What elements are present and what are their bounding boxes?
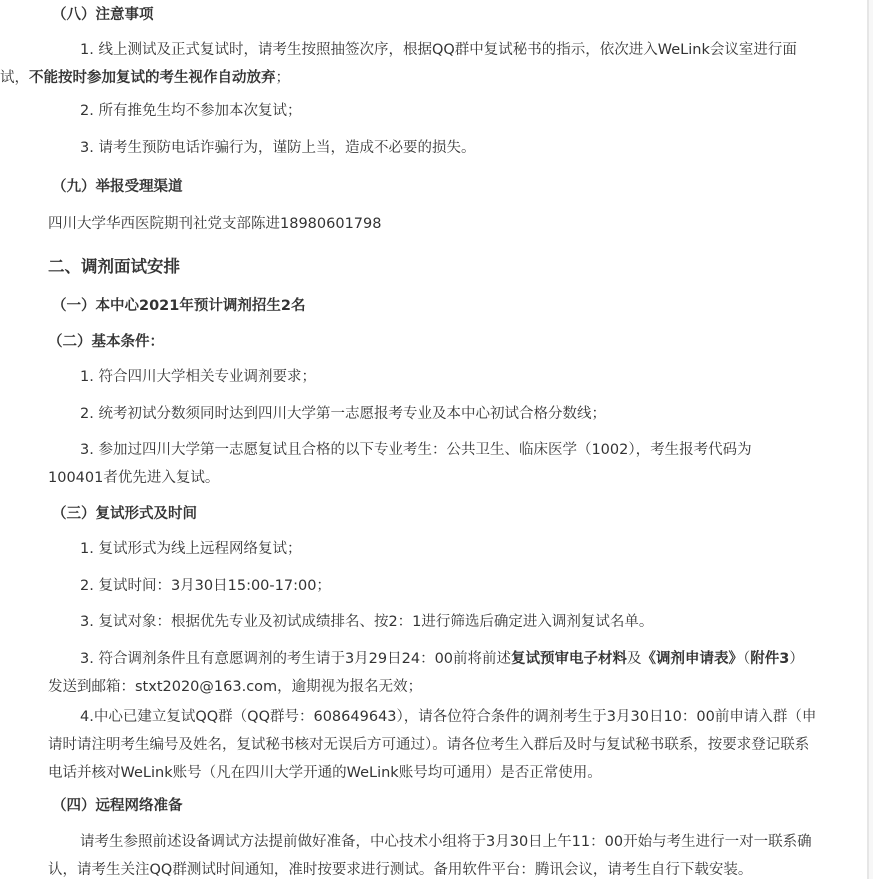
part-2-heading: 二、调剂面试安排: [0, 253, 820, 281]
sub-4-heading: （四）远程网络准备: [0, 792, 820, 820]
forfeit-warning: 不能按时参加复试的考生视作自动放弃: [29, 70, 276, 86]
sub3-item-4: 3. 符合调剂条件且有意愿调剂的考生请于3月29日24：00前将前述复试预审电子…: [0, 645, 808, 701]
sub3-item-1: 1. 复试形式为线上远程网络复试；: [0, 535, 820, 563]
sec8-item-1: 1. 线上测试及正式复试时，请考生按照抽签次序，根据QQ群中复试秘书的指示，依次…: [0, 36, 820, 92]
section-9-heading: （九）举报受理渠道: [0, 173, 820, 201]
sub-3-heading: （三）复试形式及时间: [0, 500, 820, 528]
sec8-item-2: 2. 所有推免生均不参加本次复试；: [0, 97, 820, 125]
section-8-heading: （八）注意事项: [0, 1, 820, 29]
report-contact: 四川大学华西医院期刊社党支部陈进18980601798: [0, 210, 820, 238]
sub3-item-3: 3. 复试对象：根据优先专业及初试成绩排名、按2：1进行筛选后确定进入调剂复试名…: [0, 608, 820, 636]
sub2-item-1: 1. 符合四川大学相关专业调剂要求；: [0, 363, 820, 391]
scrollbar-track[interactable]: [869, 0, 873, 879]
sub3-item-5: 4.中心已建立复试QQ群（QQ群号：608649643），请各位符合条件的调剂考…: [0, 703, 820, 787]
sub-1-heading: （一）本中心2021年预计调剂招生2名: [0, 292, 820, 320]
sub2-item-2: 2. 统考初试分数须同时达到四川大学第一志愿报考专业及本中心初试合格分数线；: [0, 400, 820, 428]
sub4-text: 请考生参照前述设备调试方法提前做好准备，中心技术小组将于3月30日上午11：00…: [0, 828, 820, 879]
sub2-item-3: 3. 参加过四川大学第一志愿复试且合格的以下专业考生：公共卫生、临床医学（100…: [0, 436, 790, 492]
sub-2-heading: （二）基本条件：: [0, 328, 820, 356]
sec8-item-3: 3. 请考生预防电话诈骗行为，谨防上当，造成不必要的损失。: [0, 134, 820, 162]
sub3-item-2: 2. 复试时间：3月30日15:00-17:00；: [0, 572, 820, 600]
